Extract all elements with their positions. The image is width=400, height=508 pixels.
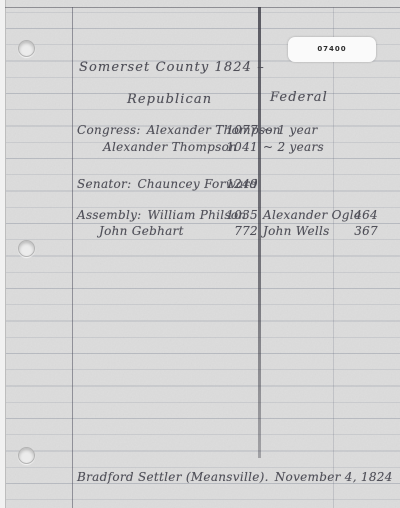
- assembly-row-2-fed-votes: 367: [344, 224, 378, 239]
- office-label: Congress:: [77, 123, 141, 137]
- punch-hole-middle: [18, 240, 35, 257]
- assembly-row-1-fed-votes: 464: [344, 208, 378, 223]
- candidate-name: Alexander Thompson: [147, 123, 281, 138]
- congress-row-1-votes: 1077: [224, 123, 258, 138]
- punch-hole-top: [18, 40, 35, 57]
- assembly-row-1-rep-votes: 1035: [224, 208, 258, 223]
- paper-top-edge: [5, 7, 400, 8]
- margin-line-right: [333, 7, 334, 508]
- column-header-republican: Republican: [127, 92, 212, 108]
- page-title: Somerset County 1824 –: [79, 60, 265, 76]
- margin-line-left: [72, 7, 73, 508]
- assembly-row-2-rep-name: John Gebhart: [99, 224, 184, 239]
- congress-row-2-term: ~ 2 years: [263, 140, 324, 155]
- office-label: Senator:: [77, 177, 131, 191]
- column-header-federal: Federal: [270, 90, 328, 106]
- congress-row-2-votes: 1041: [224, 140, 258, 155]
- office-label: Assembly:: [77, 208, 142, 222]
- congress-row-1-term: ~ 1 year: [263, 123, 318, 138]
- catalog-number: 07400: [317, 46, 346, 53]
- assembly-row-1: Assembly:William Philson: [77, 208, 246, 223]
- scan-page: { "colors":{ "ink":"#4f4f58", "paper":"#…: [0, 0, 400, 508]
- source-note: Bradford Settler (Meansville).November 4…: [77, 470, 393, 485]
- assembly-row-2-rep-votes: 772: [224, 224, 258, 239]
- catalog-sticker: 07400: [288, 37, 376, 62]
- senator-votes: 1249: [224, 177, 258, 192]
- source-date: November 4, 1824: [275, 470, 393, 485]
- assembly-row-2-fed-name: John Wells: [263, 224, 330, 239]
- punch-hole-bottom: [18, 447, 35, 464]
- source-name: Bradford Settler (Meansville).: [77, 470, 269, 484]
- congress-row-2-name: Alexander Thompson: [103, 140, 237, 155]
